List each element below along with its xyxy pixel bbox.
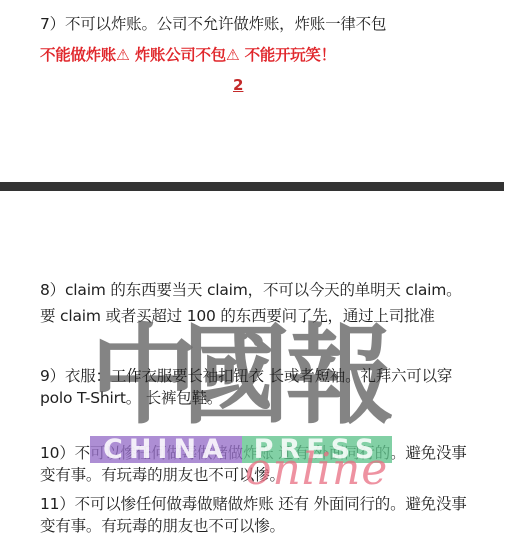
rule-10-line-1: 10）不可以惨任何做毒做赌做炸账 还有 外面同行的。避免没事 (40, 443, 467, 463)
warning-text: 不能做炸账⚠ 炸账公司不包⚠ 不能开玩笑！ (40, 45, 336, 65)
document-text: 7）不可以炸账。公司不允许做炸账，炸账一律不包 不能做炸账⚠ 炸账公司不包⚠ 不… (0, 0, 505, 540)
rule-11-line-1: 11）不可以惨任何做毒做赌做炸账 还有 外面同行的。避免没事 (40, 494, 467, 514)
rule-8-line-1: 8）claim 的东西要当天 claim，不可以今天的单明天 claim。 (40, 280, 461, 300)
page-number: 2 (233, 76, 243, 94)
rule-8-line-2: 要 claim 或者买超过 100 的东西要问了先，通过上司批准 (40, 306, 435, 326)
rule-9-line-1: 9）衣服：工作衣服要长袖扣钮衣 长或者短袖。礼拜六可以穿 (40, 366, 452, 386)
rule-11-line-2: 变有事。有玩毒的朋友也不可以惨。 (40, 516, 285, 536)
rule-10-line-2: 变有事。有玩毒的朋友也不可以惨。 (40, 465, 285, 485)
rule-9-line-2: polo T-Shirt。 长裤包鞋。 (40, 388, 222, 408)
rule-7-text: 7）不可以炸账。公司不允许做炸账，炸账一律不包 (40, 14, 386, 34)
